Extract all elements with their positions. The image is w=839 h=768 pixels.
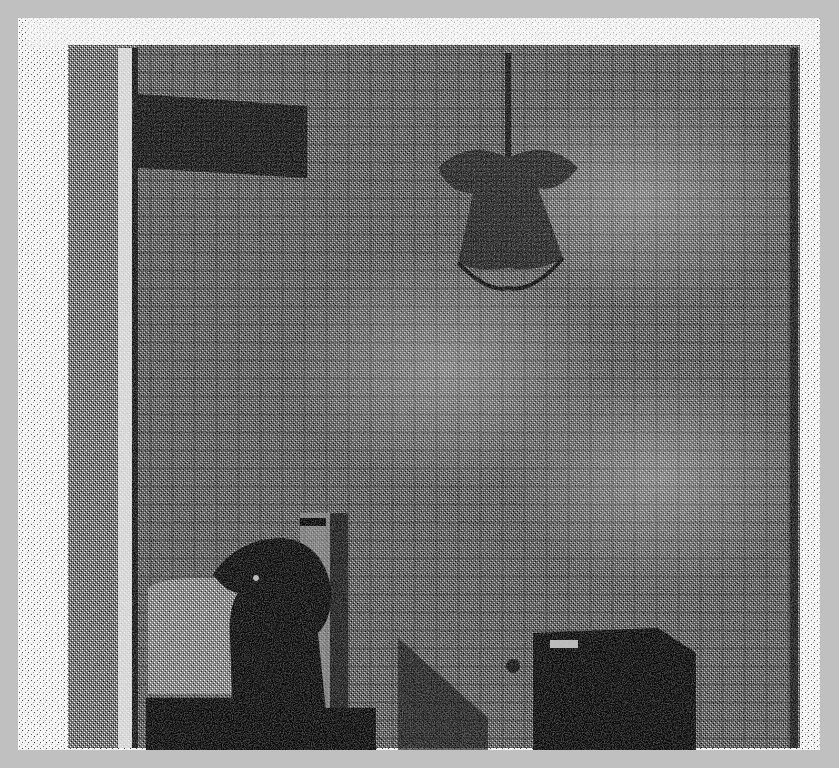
scanned-photo (18, 18, 820, 750)
photo-canvas (18, 18, 820, 750)
